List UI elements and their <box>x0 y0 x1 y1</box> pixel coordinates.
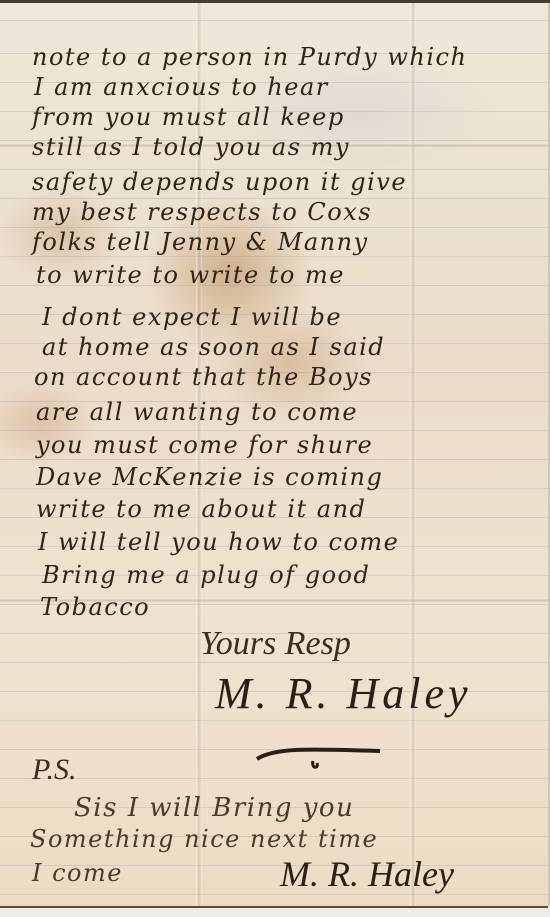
signature: M. R. Haley <box>215 668 472 719</box>
postscript-line: I come <box>32 859 123 887</box>
letter-line: safety depends upon it give <box>32 168 407 196</box>
letter-line: to write to write to me <box>36 261 345 289</box>
postscript-label: P.S. <box>32 753 76 787</box>
letter-line: from you must all keep <box>32 103 345 131</box>
letter-line: you must come for shure <box>36 431 373 459</box>
postscript-line: Something nice next time <box>30 825 378 853</box>
letter-line: note to a person in Purdy which <box>32 43 467 71</box>
letter-line: are all wanting to come <box>36 398 358 426</box>
letter-line: my best respects to Coxs <box>32 198 372 226</box>
closing-line: Yours Resp <box>200 625 351 663</box>
letter-line: Tobacco <box>40 593 150 621</box>
letter-line: still as I told you as my <box>32 133 350 161</box>
letter-line: Dave McKenzie is coming <box>36 463 383 491</box>
postscript-line: Sis I will Bring you <box>74 793 354 823</box>
letter-line: write to me about it and <box>36 495 366 523</box>
letter-line: I am anxcious to hear <box>34 73 329 101</box>
letter-line: on account that the Boys <box>34 363 373 391</box>
signature-flourish <box>255 743 385 773</box>
letter-page: note to a person in Purdy which I am anx… <box>0 3 548 908</box>
letter-line: I dont expect I will be <box>42 303 342 331</box>
fold-crease-vertical <box>410 3 416 906</box>
letter-line: folks tell Jenny & Manny <box>32 228 369 256</box>
letter-line: Bring me a plug of good <box>42 561 370 589</box>
letter-line: I will tell you how to come <box>38 528 399 556</box>
postscript-signature: M. R. Haley <box>280 853 454 895</box>
letter-line: at home as soon as I said <box>42 333 385 361</box>
